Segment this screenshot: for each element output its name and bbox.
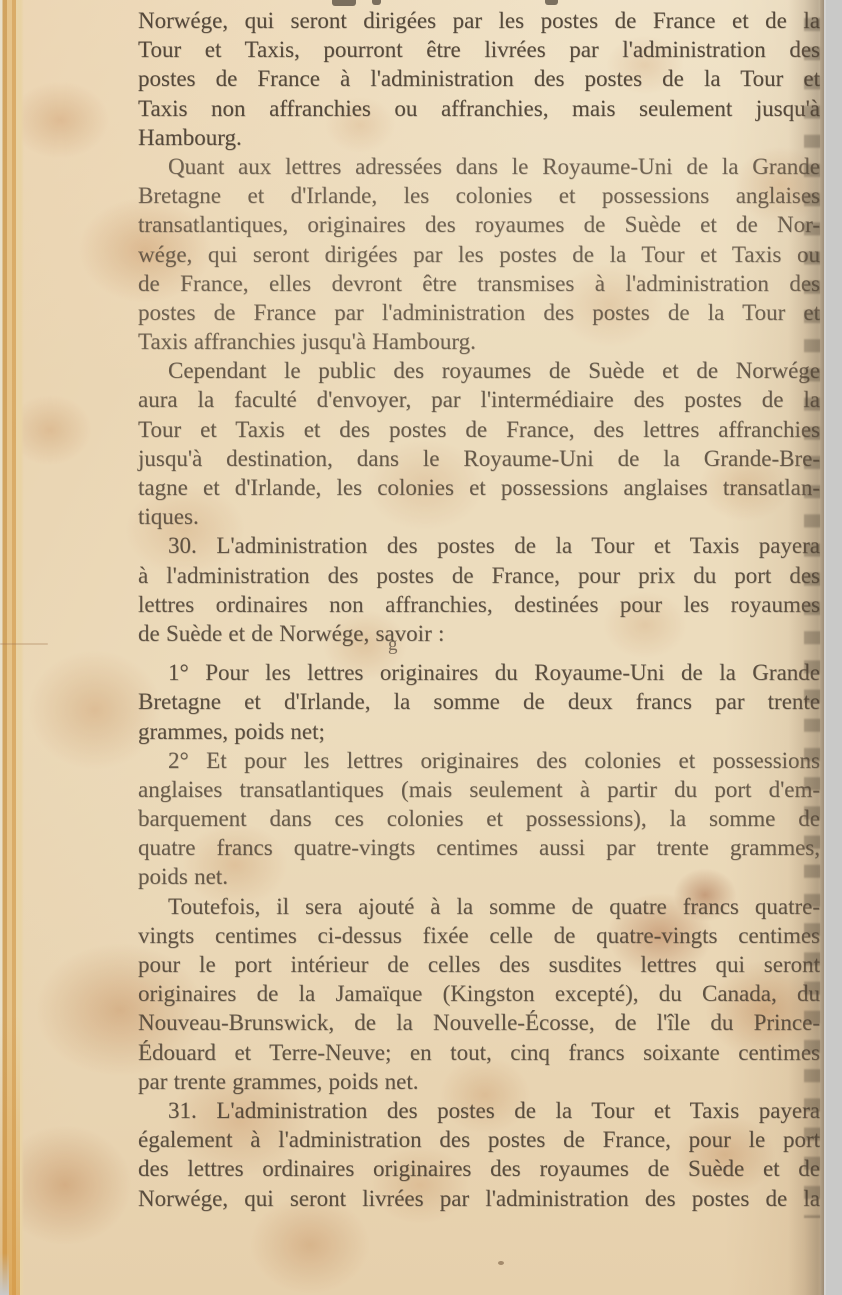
- text-line: Quant aux lettres adressées dans le Roya…: [138, 152, 820, 181]
- text-line: barquement dans ces colonies et possessi…: [138, 804, 820, 833]
- paragraph: Quant aux lettres adressées dans le Roya…: [138, 152, 820, 356]
- paragraph: 31. L'administration des postes de la To…: [138, 1096, 820, 1213]
- scanner-background-strip: [824, 0, 842, 1295]
- text-line: lettres ordinaires non affranchies, dest…: [138, 590, 820, 619]
- text-line: Tour et Taxis et des postes de France, d…: [138, 415, 820, 444]
- text-line: Taxis non affranchies ou affranchies, ma…: [138, 94, 820, 123]
- text-line: Toutefois, il sera ajouté à la somme de …: [138, 892, 820, 921]
- text-line: Taxis affranchies jusqu'à Hambourg.: [138, 327, 820, 356]
- text-line: grammes, poids net;: [138, 717, 820, 746]
- text-line: Cependant le public des royaumes de Suèd…: [138, 356, 820, 385]
- text-line: vingts centimes ci-dessus fixée celle de…: [138, 921, 820, 950]
- text-line: anglaises transatlantiques (mais seuleme…: [138, 775, 820, 804]
- text-line: postes de France à l'administration des …: [138, 64, 820, 93]
- text-line: 31. L'administration des postes de la To…: [138, 1096, 820, 1125]
- text-line: tagne et d'Irlande, les colonies et poss…: [138, 473, 820, 502]
- paragraph: 30. L'administration des postes de la To…: [138, 531, 820, 648]
- text-line: Édouard et Terre-Neuve; en tout, cinq fr…: [138, 1038, 820, 1067]
- text-line: Hambourg.: [138, 123, 820, 152]
- text-line: jusqu'à destination, dans le Royaume-Uni…: [138, 444, 820, 473]
- text-line: Nouveau-Brunswick, de la Nouvelle-Écosse…: [138, 1008, 820, 1037]
- text-line: également à l'administration des postes …: [138, 1125, 820, 1154]
- text-line: transatlantiques, originaires des royaum…: [138, 210, 820, 239]
- text-line: originaires de la Jamaïque (Kingston exc…: [138, 979, 820, 1008]
- text-line: de Suède et de Norwége, savoir :: [138, 619, 820, 648]
- text-line: Bretagne et d'Irlande, les colonies et p…: [138, 181, 820, 210]
- paragraph: Norwége, qui seront dirigées par les pos…: [138, 6, 820, 152]
- text-line: quatre francs quatre-vingts centimes aus…: [138, 833, 820, 862]
- paragraph: 2° Et pour les lettres originaires des c…: [138, 746, 820, 892]
- text-line: postes de France par l'administration de…: [138, 298, 820, 327]
- text-line: à l'administration des postes de France,…: [138, 561, 820, 590]
- text-line: de France, elles devront être transmises…: [138, 269, 820, 298]
- text-line: 1° Pour les lettres originaires du Royau…: [138, 658, 820, 687]
- text-block: Norwége, qui seront dirigées par les pos…: [138, 6, 820, 1213]
- paragraph: 1° Pour les lettres originaires du Royau…: [138, 658, 820, 746]
- paragraph: Cependant le public des royaumes de Suèd…: [138, 356, 820, 531]
- text-line: tiques.: [138, 502, 820, 531]
- text-line: Norwége, qui seront livrées par l'admini…: [138, 1184, 820, 1213]
- text-line: 30. L'administration des postes de la To…: [138, 531, 820, 560]
- text-line: par trente grammes, poids net.: [138, 1067, 820, 1096]
- text-line: aura la faculté d'envoyer, par l'intermé…: [138, 385, 820, 414]
- text-line: des lettres ordinaires originaires des r…: [138, 1154, 820, 1183]
- text-line: wége, qui seront dirigées par les postes…: [138, 240, 820, 269]
- text-line: Tour et Taxis, pourront être livrées par…: [138, 35, 820, 64]
- scanned-page: Norwége, qui seront dirigées par les pos…: [0, 0, 842, 1295]
- text-line: Bretagne et d'Irlande, la somme de deux …: [138, 687, 820, 716]
- text-line: 2° Et pour les lettres originaires des c…: [138, 746, 820, 775]
- paragraph: Toutefois, il sera ajouté à la somme de …: [138, 892, 820, 1096]
- text-line: pour le port intérieur de celles des sus…: [138, 950, 820, 979]
- text-line: Norwége, qui seront dirigées par les pos…: [138, 6, 820, 35]
- text-line: poids net.: [138, 862, 820, 891]
